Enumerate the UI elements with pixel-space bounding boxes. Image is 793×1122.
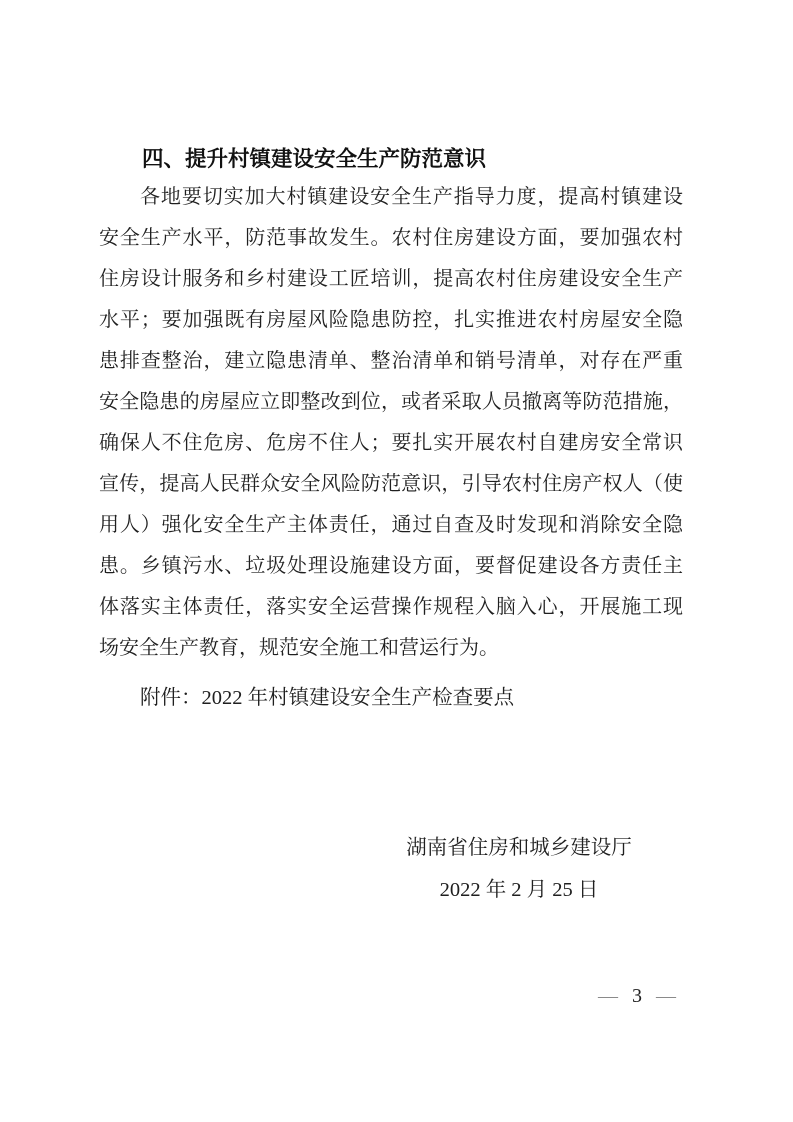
- page-number-dash-right: —: [656, 985, 676, 1007]
- paragraph-line: 患。乡镇污水、垃圾处理设施建设方面，要督促建设各方责任主: [99, 546, 683, 587]
- paragraph-line: 安全生产水平，防范事故发生。农村住房建设方面，要加强农村: [99, 218, 683, 259]
- paragraph-line: 用人）强化安全生产主体责任，通过自查及时发现和消除安全隐: [99, 505, 683, 546]
- paragraph-line: 体落实主体责任，落实安全运营操作规程入脑入心，开展施工现: [99, 587, 683, 628]
- body-paragraph: 各地要切实加大村镇建设安全生产指导力度，提高村镇建设 安全生产水平，防范事故发生…: [99, 177, 683, 669]
- paragraph-line: 住房设计服务和乡村建设工匠培训，提高农村住房建设安全生产: [99, 259, 683, 300]
- section-heading: 四、提升村镇建设安全生产防范意识: [99, 144, 683, 174]
- signature-organization: 湖南省住房和城乡建设厅: [299, 827, 739, 869]
- paragraph-line: 水平；要加强既有房屋风险隐患防控，扎实推进农村房屋安全隐: [99, 300, 683, 341]
- paragraph-line: 场安全生产教育，规范安全施工和营运行为。: [99, 628, 683, 669]
- paragraph-line: 宣传，提高人民群众安全风险防范意识，引导农村住房产权人（使: [99, 464, 683, 505]
- attachment-note: 附件：2022 年村镇建设安全生产检查要点: [99, 684, 683, 712]
- paragraph-line: 患排查整治，建立隐患清单、整治清单和销号清单，对存在严重: [99, 341, 683, 382]
- document-page: 四、提升村镇建设安全生产防范意识 各地要切实加大村镇建设安全生产指导力度，提高村…: [0, 0, 793, 1122]
- paragraph-line: 各地要切实加大村镇建设安全生产指导力度，提高村镇建设: [99, 177, 683, 218]
- signature-date: 2022 年 2 月 25 日: [299, 869, 739, 911]
- paragraph-line: 安全隐患的房屋应立即整改到位，或者采取人员撤离等防范措施，: [99, 382, 683, 423]
- page-number: — 3 —: [598, 983, 676, 1009]
- page-number-dash-left: —: [598, 985, 618, 1007]
- paragraph-line: 确保人不住危房、危房不住人；要扎实开展农村自建房安全常识: [99, 423, 683, 464]
- page-number-value: 3: [623, 985, 651, 1007]
- signature-block: 湖南省住房和城乡建设厅 2022 年 2 月 25 日: [299, 827, 739, 911]
